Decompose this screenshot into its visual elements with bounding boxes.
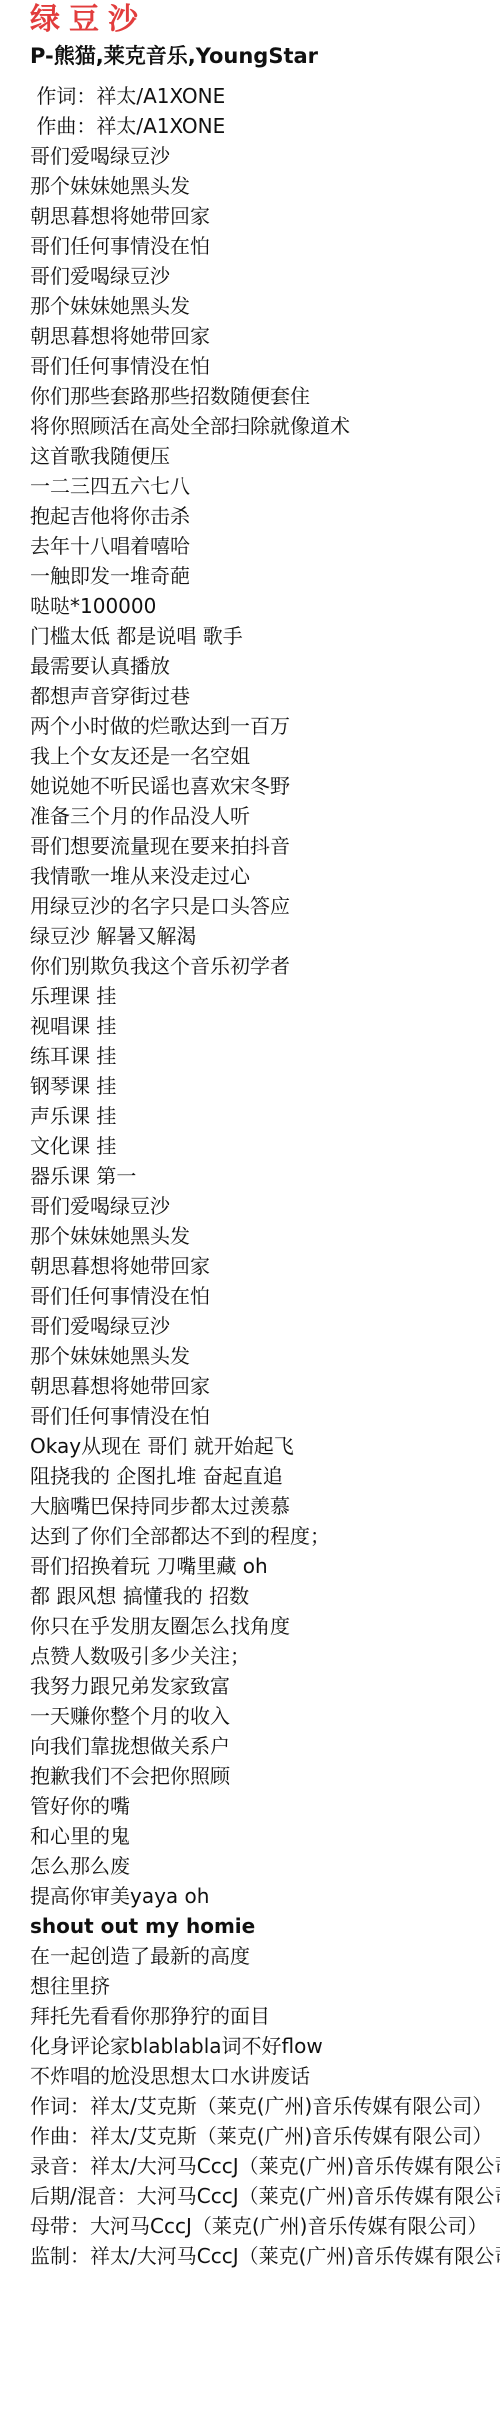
lyric-line: 我上个女友还是一名空姐 — [30, 741, 500, 771]
lyric-line: 我情歌一堆从来没走过心 — [30, 861, 500, 891]
lyric-line: 你们别欺负我这个音乐初学者 — [30, 951, 500, 981]
credit-line: 录音：祥太/大河马CccJ（莱克(广州)音乐传媒有限公司） — [30, 2151, 500, 2181]
credit-line: 监制：祥太/大河马CccJ（莱克(广州)音乐传媒有限公司） — [30, 2241, 500, 2271]
lyric-line: 化身评论家blablabla词不好flow — [30, 2031, 500, 2061]
lyric-line: 哥们爱喝绿豆沙 — [30, 1311, 500, 1341]
lyric-line: 大脑嘴巴保持同步都太过羡慕 — [30, 1491, 500, 1521]
lyric-line: 准备三个月的作品没人听 — [30, 801, 500, 831]
lyric-line: 那个妹妹她黑头发 — [30, 291, 500, 321]
credit-lines: 作词：祥太/艾克斯（莱克(广州)音乐传媒有限公司）作曲：祥太/艾克斯（莱克(广州… — [30, 2091, 500, 2271]
credit-line: 作曲：祥太/艾克斯（莱克(广州)音乐传媒有限公司） — [30, 2121, 500, 2151]
lyric-line: 提高你审美yaya oh — [30, 1881, 500, 1911]
lyric-line: 哥们爱喝绿豆沙 — [30, 261, 500, 291]
lyric-line: 这首歌我随便压 — [30, 441, 500, 471]
lyric-line: 器乐课 第一 — [30, 1161, 500, 1191]
lyric-line: 文化课 挂 — [30, 1131, 500, 1161]
lyric-line: 练耳课 挂 — [30, 1041, 500, 1071]
lyric-line: 用绿豆沙的名字只是口头答应 — [30, 891, 500, 921]
lyric-line: 哥们任何事情没在怕 — [30, 231, 500, 261]
lyric-line: 那个妹妹她黑头发 — [30, 1221, 500, 1251]
lyric-line: 钢琴课 挂 — [30, 1071, 500, 1101]
lyrics-body: 作词：祥太/A1XONE 作曲：祥太/A1XONE 哥们爱喝绿豆沙那个妹妹她黑头… — [30, 81, 500, 2271]
lyric-line: 两个小时做的烂歌达到一百万 — [30, 711, 500, 741]
lyrics-page: 绿豆沙 P-熊猫,莱克音乐,YoungStar 作词：祥太/A1XONE 作曲：… — [0, 0, 500, 2410]
lyric-line: 阻挠我的 企图扎堆 奋起直追 — [30, 1461, 500, 1491]
lyric-line: 抱歉我们不会把你照顾 — [30, 1761, 500, 1791]
meta-credit-line: 作词：祥太/A1XONE — [30, 81, 500, 111]
lyric-line: 绿豆沙 解暑又解渴 — [30, 921, 500, 951]
lyric-line: 你们那些套路那些招数随便套住 — [30, 381, 500, 411]
lyric-line: 朝思暮想将她带回家 — [30, 321, 500, 351]
lyric-line: 那个妹妹她黑头发 — [30, 1341, 500, 1371]
artist-line: P-熊猫,莱克音乐,YoungStar — [30, 43, 500, 69]
lyric-line: 向我们靠拢想做关系户 — [30, 1731, 500, 1761]
lyric-line: 一触即发一堆奇葩 — [30, 561, 500, 591]
lyric-line: Okay从现在 哥们 就开始起飞 — [30, 1431, 500, 1461]
lyric-line: 哒哒*100000 — [30, 591, 500, 621]
lyric-line: 朝思暮想将她带回家 — [30, 1371, 500, 1401]
lyric-line: 点赞人数吸引多少关注； — [30, 1641, 500, 1671]
lyric-line: 拜托先看看你那狰狞的面目 — [30, 2001, 500, 2031]
lyric-line: 哥们任何事情没在怕 — [30, 351, 500, 381]
credit-line: 母带：大河马CccJ（莱克(广州)音乐传媒有限公司） — [30, 2211, 500, 2241]
meta-lines: 作词：祥太/A1XONE 作曲：祥太/A1XONE — [30, 81, 500, 141]
lyric-line: 抱起吉他将你击杀 — [30, 501, 500, 531]
lyric-line: 那个妹妹她黑头发 — [30, 171, 500, 201]
song-title: 绿豆沙 — [30, 3, 500, 37]
lyric-line: 乐理课 挂 — [30, 981, 500, 1011]
lyric-lines: 哥们爱喝绿豆沙那个妹妹她黑头发朝思暮想将她带回家哥们任何事情没在怕哥们爱喝绿豆沙… — [30, 141, 500, 2091]
lyric-line: 一二三四五六七八 — [30, 471, 500, 501]
lyric-line: 一天赚你整个月的收入 — [30, 1701, 500, 1731]
lyric-line: 声乐课 挂 — [30, 1101, 500, 1131]
lyric-line: 哥们爱喝绿豆沙 — [30, 141, 500, 171]
lyric-line: 哥们任何事情没在怕 — [30, 1281, 500, 1311]
lyric-line: 门槛太低 都是说唱 歌手 — [30, 621, 500, 651]
lyric-line: 和心里的鬼 — [30, 1821, 500, 1851]
lyric-line: 她说她不听民谣也喜欢宋冬野 — [30, 771, 500, 801]
lyric-line: shout out my homie — [30, 1911, 500, 1941]
lyric-line: 视唱课 挂 — [30, 1011, 500, 1041]
credit-line: 后期/混音：大河马CccJ（莱克(广州)音乐传媒有限公司） — [30, 2181, 500, 2211]
lyric-line: 去年十八唱着嘻哈 — [30, 531, 500, 561]
meta-credit-line: 作曲：祥太/A1XONE — [30, 111, 500, 141]
lyric-line: 管好你的嘴 — [30, 1791, 500, 1821]
lyric-line: 哥们想要流量现在要来拍抖音 — [30, 831, 500, 861]
lyric-line: 哥们任何事情没在怕 — [30, 1401, 500, 1431]
lyric-line: 达到了你们全部都达不到的程度； — [30, 1521, 500, 1551]
lyric-line: 最需要认真播放 — [30, 651, 500, 681]
lyric-line: 怎么那么废 — [30, 1851, 500, 1881]
lyric-line: 你只在乎发朋友圈怎么找角度 — [30, 1611, 500, 1641]
credit-line: 作词：祥太/艾克斯（莱克(广州)音乐传媒有限公司） — [30, 2091, 500, 2121]
lyric-line: 都想声音穿街过巷 — [30, 681, 500, 711]
lyric-line: 朝思暮想将她带回家 — [30, 1251, 500, 1281]
lyric-line: 我努力跟兄弟发家致富 — [30, 1671, 500, 1701]
lyric-line: 在一起创造了最新的高度 — [30, 1941, 500, 1971]
lyric-line: 朝思暮想将她带回家 — [30, 201, 500, 231]
lyric-line: 都 跟风想 搞懂我的 招数 — [30, 1581, 500, 1611]
lyric-line: 想往里挤 — [30, 1971, 500, 2001]
lyric-line: 将你照顾活在高处全部扫除就像道术 — [30, 411, 500, 441]
lyric-line: 不炸唱的尬没思想太口水讲废话 — [30, 2061, 500, 2091]
lyric-line: 哥们招换着玩 刀嘴里藏 oh — [30, 1551, 500, 1581]
lyric-line: 哥们爱喝绿豆沙 — [30, 1191, 500, 1221]
